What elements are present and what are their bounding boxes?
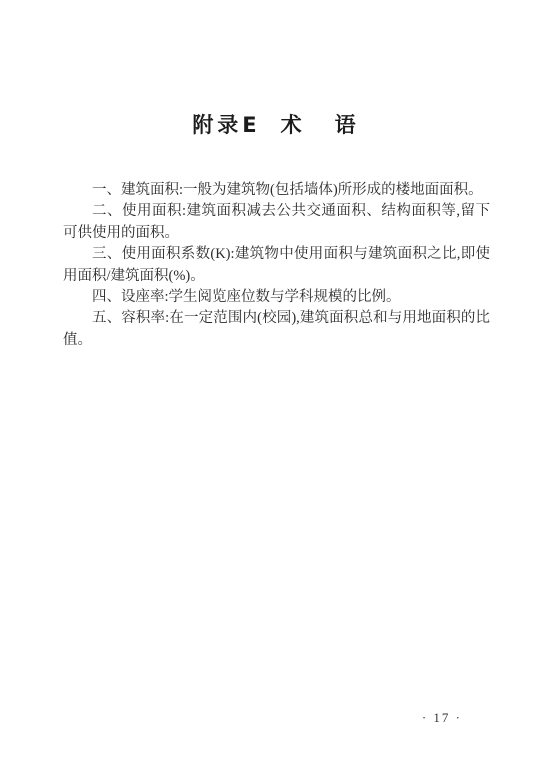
appendix-title-word-2: 语 [335,109,356,139]
appendix-title-label: 附录E [192,109,260,139]
term-definition-plot-ratio: 五、容积率:在一定范围内(校园),建筑面积总和与用地面积的比值。 [63,308,490,351]
appendix-title-word-1: 术 [281,109,302,139]
terms-list: 一、建筑面积:一般为建筑物(包括墙体)所形成的楼地面面积。 二、使用面积:建筑面… [63,180,490,351]
page-number: · 17 · [422,710,462,726]
appendix-title: 附录E 术 语 [0,109,548,139]
term-definition-usable-area-coefficient: 三、使用面积系数(K):建筑物中使用面积与建筑面积之比,即使用面积/建筑面积(%… [63,244,490,287]
term-definition-usable-area: 二、使用面积:建筑面积减去公共交通面积、结构面积等,留下可供使用的面积。 [63,201,490,244]
term-definition-building-area: 一、建筑面积:一般为建筑物(包括墙体)所形成的楼地面面积。 [63,180,490,201]
document-page: 附录E 术 语 一、建筑面积:一般为建筑物(包括墙体)所形成的楼地面面积。 二、… [0,0,548,763]
term-definition-seating-rate: 四、设座率:学生阅览座位数与学科规模的比例。 [63,287,490,308]
